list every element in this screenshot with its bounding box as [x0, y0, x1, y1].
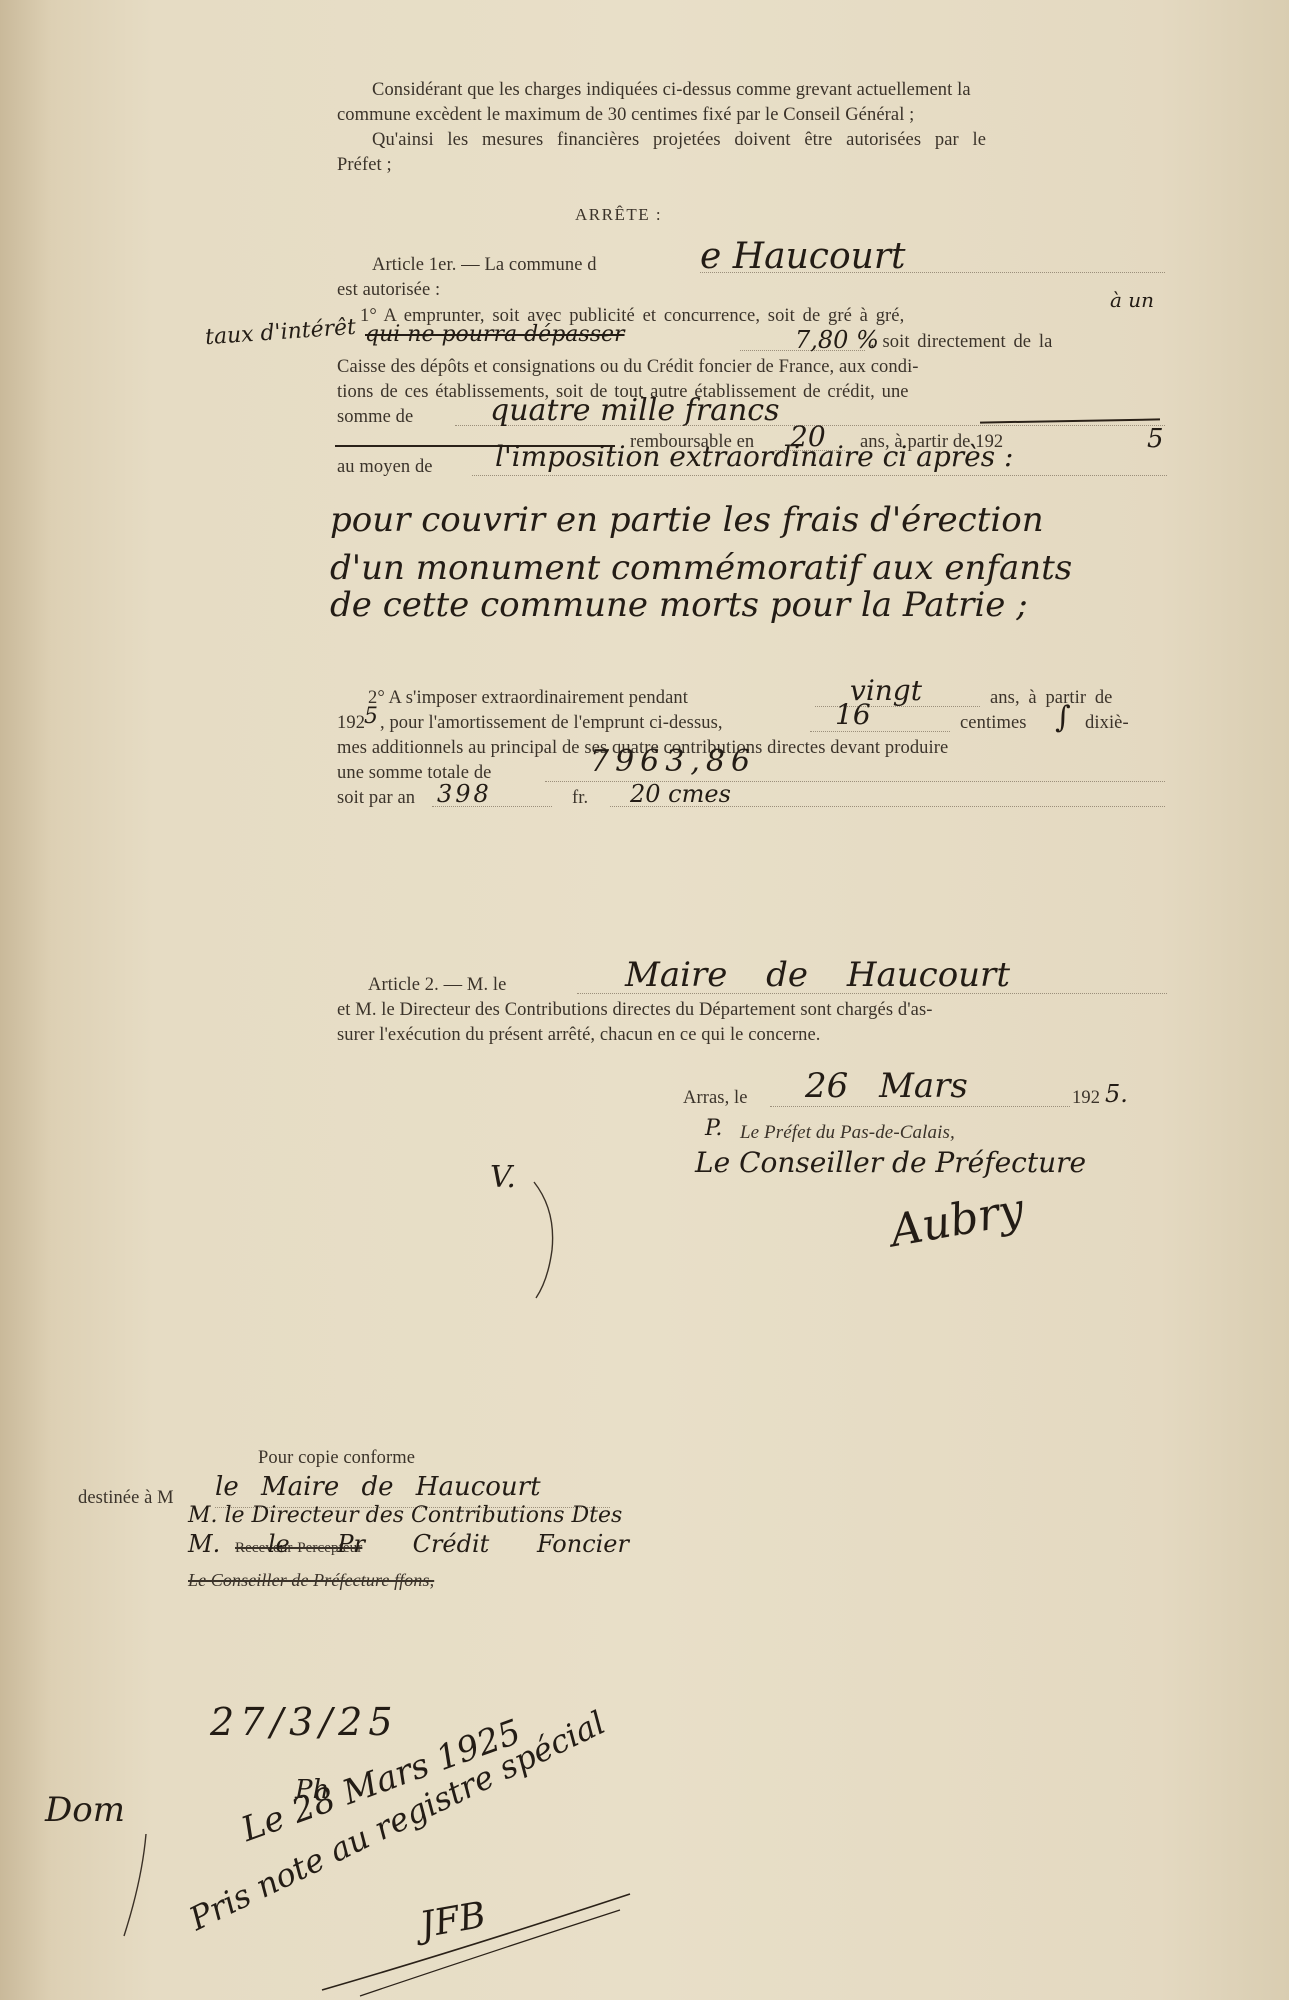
- loan-amount-handwritten: quatre mille francs: [490, 393, 779, 428]
- official-signature: Aubry: [887, 1184, 1028, 1258]
- article-2-label: Article 2. — M. le: [368, 975, 506, 996]
- centimes-count-handwritten: 16: [835, 698, 871, 731]
- article-2-line-2: et M. le Directeur des Contributions dir…: [337, 1000, 933, 1021]
- dotted-fill-line: [700, 272, 1165, 273]
- register-signature-underline: [320, 1890, 640, 2000]
- est-autorisee: est autorisée :: [337, 280, 440, 301]
- dotted-fill-line: [770, 1106, 1070, 1107]
- considerant-line-2: commune excèdent le maximum de 30 centim…: [337, 105, 914, 126]
- item-2-amortissement: , pour l'amortissement de l'emprunt ci-d…: [380, 713, 723, 734]
- copie-title: Pour copie conforme: [258, 1448, 415, 1469]
- par-an-label: soit par an: [337, 788, 415, 809]
- somme-label: somme de: [337, 407, 413, 428]
- recipient-2-handwritten: M. le Directeur des Contributions Dtes: [188, 1503, 622, 1528]
- signing-year-digit-handwritten: 5.: [1105, 1080, 1128, 1108]
- signing-date-handwritten: 26 Mars: [805, 1066, 968, 1106]
- purpose-line-3-handwritten: de cette commune morts pour la Patrie ;: [330, 585, 1028, 625]
- conseiller-handwritten: Le Conseiller de Préfecture: [695, 1146, 1086, 1179]
- ans-partir-label-2: ans, à partir de: [990, 688, 1113, 709]
- place-label: Arras, le: [683, 1088, 748, 1109]
- insert-above-handwritten: à un: [1110, 288, 1154, 312]
- left-annotation-stroke: [120, 1830, 150, 1940]
- annual-centimes-handwritten: 20 cmes: [630, 780, 731, 808]
- article-2-line-3: surer l'exécution du présent arrêté, cha…: [337, 1025, 821, 1046]
- margin-insert-handwritten: taux d'intérêt: [204, 315, 356, 350]
- item-2-year-digit-handwritten: 5: [364, 704, 378, 729]
- interest-rate-handwritten: 7,80 %: [795, 326, 879, 354]
- fr-label: fr.: [572, 788, 588, 809]
- annual-francs-handwritten: 398: [437, 780, 492, 808]
- annotation-left-handwritten: Dom: [45, 1790, 125, 1830]
- considerant-line-3: Qu'ainsi les mesures financières projeté…: [372, 130, 986, 151]
- considerant-line-4: Préfet ;: [337, 155, 392, 176]
- dotted-fill-line: [472, 475, 1167, 476]
- fill-stroke: [980, 418, 1160, 423]
- moyen-handwritten: l'imposition extraordinaire ci après :: [495, 440, 1013, 473]
- article-1-line-2-tail: . soit directement de la: [870, 332, 1052, 353]
- initials-mark-handwritten: V.: [490, 1160, 516, 1195]
- purpose-line-2-handwritten: d'un monument commémoratif aux enfants: [330, 548, 1072, 588]
- dixiemes-label: dixiè-: [1085, 713, 1129, 734]
- maire-handwritten: Maire de Haucourt: [625, 955, 1010, 995]
- item-2-year: 192: [337, 713, 365, 734]
- recipient-1-handwritten: le Maire de Haucourt: [215, 1472, 541, 1502]
- total-amount-handwritten: 7963,86: [590, 744, 756, 779]
- article-1-line-3: Caisse des dépôts et consignations ou du…: [337, 357, 919, 378]
- destinee-label: destinée à M: [78, 1488, 174, 1509]
- prefet-title: Le Préfet du Pas-de-Calais,: [740, 1122, 955, 1144]
- recipient-4-struck: Le Conseiller de Préfecture ffons,: [188, 1570, 434, 1591]
- dotted-fill-line: [810, 731, 950, 732]
- initials-flourish: [530, 1180, 560, 1300]
- moyen-label: au moyen de: [337, 457, 433, 478]
- loan-year-digit-handwritten: 5: [1147, 424, 1164, 454]
- centimes-label: centimes: [960, 713, 1027, 734]
- struck-clause-handwritten: qui ne pourra dépasser: [365, 322, 625, 347]
- commune-name-handwritten: e Haucourt: [700, 236, 906, 277]
- signing-year-print: 192: [1072, 1088, 1100, 1109]
- pr-handwritten: P.: [705, 1116, 722, 1141]
- purpose-line-1-handwritten: pour couvrir en partie les frais d'érect…: [330, 500, 1044, 540]
- recipient-3-handwritten: M. le Pr Crédit Foncier: [188, 1530, 629, 1558]
- item-2-line-1: 2° A s'imposer extraordinairement pendan…: [368, 688, 688, 709]
- considerant-line-1: Considérant que les charges indiquées ci…: [372, 80, 971, 101]
- article-1-label: Article 1er. — La commune d: [372, 255, 597, 276]
- archival-decree-page: Considérant que les charges indiquées ci…: [0, 0, 1289, 2000]
- arrete-heading: ARRÊTE :: [575, 205, 662, 225]
- annotation-date-handwritten: 27/3/25: [210, 1700, 399, 1744]
- bracket-mark-handwritten: ∫: [1055, 700, 1071, 735]
